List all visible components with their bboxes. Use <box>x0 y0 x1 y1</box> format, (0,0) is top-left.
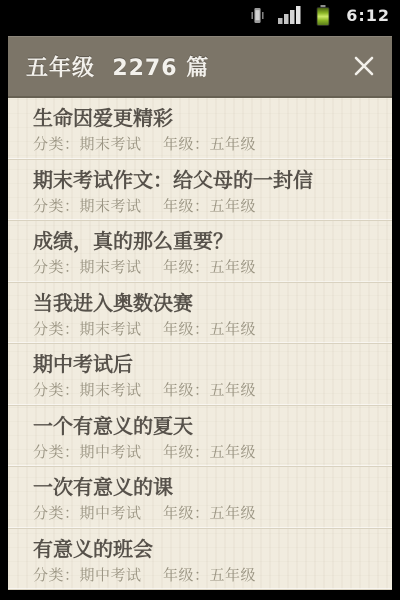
item-grade: 年级：五年级 <box>163 135 256 153</box>
item-meta: 分类：期中考试年级：五年级 <box>33 504 378 522</box>
item-meta: 分类：期中考试年级：五年级 <box>33 443 378 461</box>
item-title: 成绩，真的那么重要？ <box>33 227 378 255</box>
category-label: 分类： <box>33 197 80 215</box>
status-time: 6:12 <box>346 6 390 25</box>
category-value: 期中考试 <box>80 443 142 461</box>
category-label: 分类： <box>33 504 80 522</box>
grade-value: 五年级 <box>210 566 257 584</box>
category-value: 期末考试 <box>80 381 142 399</box>
item-grade: 年级：五年级 <box>163 381 256 399</box>
list-item[interactable]: 成绩，真的那么重要？ 分类：期末考试年级：五年级 <box>8 221 392 283</box>
grade-label: 年级： <box>163 443 210 461</box>
grade-label: 年级： <box>163 566 210 584</box>
item-category: 分类：期末考试 <box>33 135 163 153</box>
item-grade: 年级：五年级 <box>163 504 256 522</box>
essay-list: 生命因爱更精彩 分类：期末考试年级：五年级 期末考试作文：给父母的一封信 分类：… <box>8 98 392 590</box>
item-title: 期中考试后 <box>33 350 378 378</box>
item-grade: 年级：五年级 <box>163 566 256 584</box>
list-item[interactable]: 一个有意义的夏天 分类：期中考试年级：五年级 <box>8 406 392 468</box>
grade-label: 年级： <box>163 258 210 276</box>
grade-label: 年级： <box>163 320 210 338</box>
item-category: 分类：期末考试 <box>33 197 163 215</box>
grade-value: 五年级 <box>210 258 257 276</box>
grade-label: 年级： <box>163 381 210 399</box>
item-grade: 年级：五年级 <box>163 443 256 461</box>
item-title: 有意义的班会 <box>33 535 378 563</box>
grade-label: 年级： <box>163 135 210 153</box>
category-label: 分类： <box>33 258 80 276</box>
header-bar: 五年级 2276 篇 <box>8 36 392 98</box>
category-label: 分类： <box>33 443 80 461</box>
item-title: 一次有意义的课 <box>33 473 378 501</box>
item-category: 分类：期末考试 <box>33 258 163 276</box>
list-item[interactable]: 生命因爱更精彩 分类：期末考试年级：五年级 <box>8 98 392 160</box>
item-meta: 分类：期末考试年级：五年级 <box>33 381 378 399</box>
item-meta: 分类：期末考试年级：五年级 <box>33 197 378 215</box>
item-grade: 年级：五年级 <box>163 197 256 215</box>
category-value: 期中考试 <box>80 566 142 584</box>
status-bar: 6:12 <box>0 0 400 30</box>
item-meta: 分类：期末考试年级：五年级 <box>33 320 378 338</box>
category-value: 期末考试 <box>80 258 142 276</box>
list-item[interactable]: 期末考试作文：给父母的一封信 分类：期末考试年级：五年级 <box>8 160 392 222</box>
signal-strength-icon <box>278 6 302 24</box>
grade-value: 五年级 <box>210 443 257 461</box>
item-title: 期末考试作文：给父母的一封信 <box>33 166 378 194</box>
category-label: 分类： <box>33 381 80 399</box>
category-label: 分类： <box>33 320 80 338</box>
item-category: 分类：期中考试 <box>33 443 163 461</box>
item-title: 当我进入奥数决赛 <box>33 289 378 317</box>
category-value: 期末考试 <box>80 320 142 338</box>
category-value: 期末考试 <box>80 197 142 215</box>
item-grade: 年级：五年级 <box>163 258 256 276</box>
item-title: 一个有意义的夏天 <box>33 412 378 440</box>
grade-value: 五年级 <box>210 197 257 215</box>
list-item[interactable]: 有意义的班会 分类：期中考试年级：五年级 <box>8 529 392 591</box>
item-category: 分类：期中考试 <box>33 504 163 522</box>
page-title: 五年级 2276 篇 <box>8 51 209 82</box>
list-item[interactable]: 一次有意义的课 分类：期中考试年级：五年级 <box>8 467 392 529</box>
grade-label: 年级： <box>163 504 210 522</box>
app-panel: 五年级 2276 篇 生命因爱更精彩 分类：期末考试年级：五年级 期末考试作文：… <box>8 36 392 590</box>
item-meta: 分类：期中考试年级：五年级 <box>33 566 378 584</box>
category-value: 期末考试 <box>80 135 142 153</box>
grade-value: 五年级 <box>210 135 257 153</box>
item-meta: 分类：期末考试年级：五年级 <box>33 258 378 276</box>
grade-value: 五年级 <box>210 504 257 522</box>
item-category: 分类：期末考试 <box>33 381 163 399</box>
item-grade: 年级：五年级 <box>163 320 256 338</box>
close-button[interactable] <box>336 35 392 97</box>
grade-value: 五年级 <box>210 381 257 399</box>
item-meta: 分类：期末考试年级：五年级 <box>33 135 378 153</box>
close-icon <box>352 54 376 78</box>
battery-icon <box>316 5 330 26</box>
item-title: 生命因爱更精彩 <box>33 104 378 132</box>
list-item[interactable]: 期中考试后 分类：期末考试年级：五年级 <box>8 344 392 406</box>
category-label: 分类： <box>33 135 80 153</box>
list-item[interactable]: 当我进入奥数决赛 分类：期末考试年级：五年级 <box>8 283 392 345</box>
item-category: 分类：期中考试 <box>33 566 163 584</box>
grade-label: 年级： <box>163 197 210 215</box>
category-label: 分类： <box>33 566 80 584</box>
item-category: 分类：期末考试 <box>33 320 163 338</box>
category-value: 期中考试 <box>80 504 142 522</box>
grade-value: 五年级 <box>210 320 257 338</box>
vibrate-icon <box>251 6 264 25</box>
